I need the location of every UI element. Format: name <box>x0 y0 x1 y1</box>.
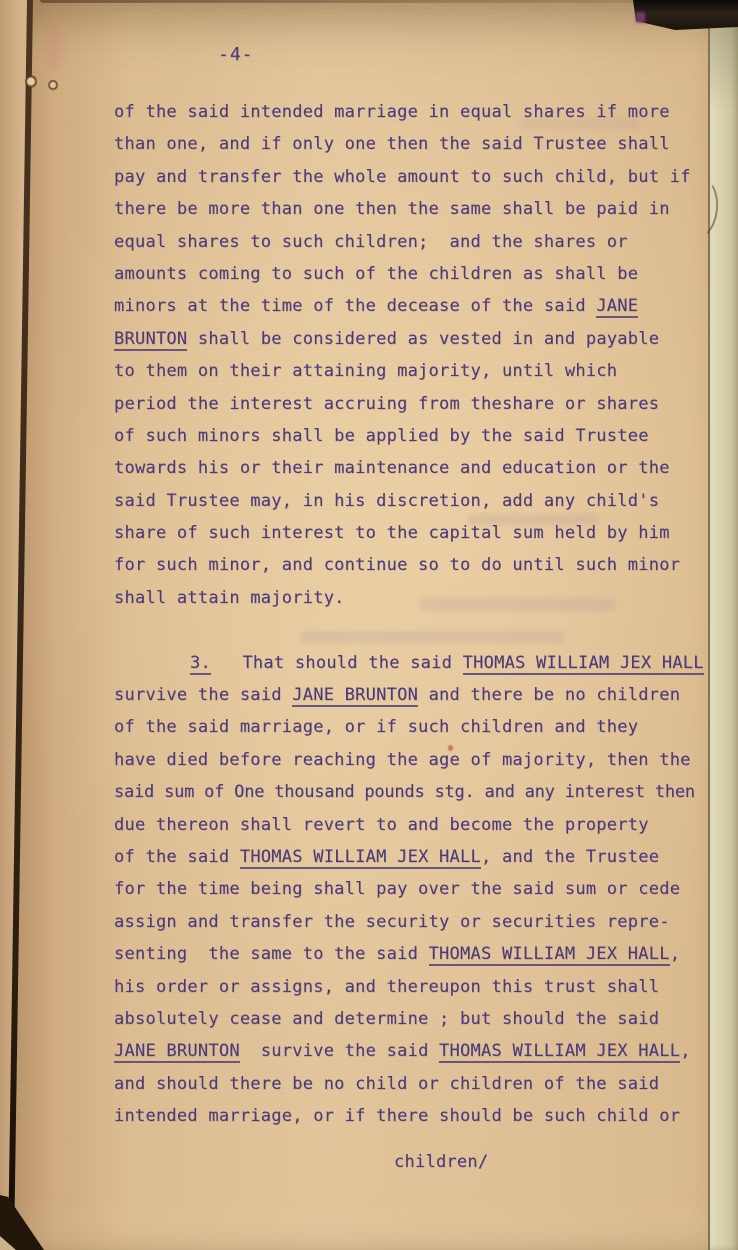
text-line: JANE BRUNTON survive the said THOMAS WIL… <box>114 1035 714 1067</box>
text-line: pay and transfer the whole amount to suc… <box>114 161 714 193</box>
text-line: to them on their attaining majority, unt… <box>114 355 714 387</box>
underlined-text: THOMAS WILLIAM JEX HALL <box>240 847 481 869</box>
page-top-edge <box>40 0 636 3</box>
text-line: for the time being shall pay over the sa… <box>114 873 714 905</box>
text-line: there be more than one then the same sha… <box>114 193 714 225</box>
underlined-text: THOMAS WILLIAM JEX HALL <box>439 1041 680 1063</box>
text-line: towards his or their maintenance and edu… <box>114 452 714 484</box>
text-line: his order or assigns, and thereupon this… <box>114 971 714 1003</box>
text-line: of the said THOMAS WILLIAM JEX HALL, and… <box>114 841 714 873</box>
text-line: period the interest accruing from thesha… <box>114 388 714 420</box>
underlined-text: THOMAS WILLIAM JEX HALL <box>429 944 670 966</box>
text-line: of the said intended marriage in equal s… <box>114 96 714 128</box>
text-spacer <box>114 614 714 646</box>
text-line: than one, and if only one then the said … <box>114 128 714 160</box>
catchword: children/ <box>394 1152 488 1172</box>
text-line: of the said marriage, or if such childre… <box>114 711 714 743</box>
punch-hole <box>25 74 37 89</box>
text-line: amounts coming to such of the children a… <box>114 258 714 290</box>
page-number: -4- <box>218 44 254 65</box>
text-line: absolutely cease and determine ; but sho… <box>114 1003 714 1035</box>
text-line: intended marriage, or if there should be… <box>114 1100 714 1132</box>
text-line: said Trustee may, in his discretion, add… <box>114 485 714 517</box>
text-line: said sum of One thousand pounds stg. and… <box>114 776 714 808</box>
text-line: have died before reaching the age of maj… <box>114 744 714 776</box>
text-line: 3. That should the said THOMAS WILLIAM J… <box>114 647 714 679</box>
underlined-text: JANE BRUNTON <box>114 1041 240 1063</box>
text-block: of the said intended marriage in equal s… <box>114 96 714 1133</box>
text-line: share of such interest to the capital su… <box>114 517 714 549</box>
text-line: equal shares to such children; and the s… <box>114 226 714 258</box>
underlined-text: 3. <box>190 653 211 675</box>
text-line: BRUNTON shall be considered as vested in… <box>114 323 714 355</box>
underlined-text: BRUNTON <box>114 329 187 351</box>
text-line: minors at the time of the decease of the… <box>114 290 714 322</box>
text-line: and should there be no child or children… <box>114 1068 714 1100</box>
text-line: senting the same to the said THOMAS WILL… <box>114 938 714 970</box>
scanned-document-page: -4- of the said intended marriage in equ… <box>0 0 738 1250</box>
underlined-text: JANE BRUNTON <box>292 685 418 707</box>
underlined-text: THOMAS WILLIAM JEX HALL <box>463 653 704 675</box>
underlined-text: JANE <box>596 296 638 318</box>
punch-hole <box>48 79 58 91</box>
text-line: due thereon shall revert to and become t… <box>114 809 714 841</box>
text-line: for such minor, and continue so to do un… <box>114 549 714 581</box>
binding-tape-glint <box>636 12 645 23</box>
text-line: of such minors shall be applied by the s… <box>114 420 714 452</box>
text-line: shall attain majority. <box>114 582 714 614</box>
text-line: assign and transfer the security or secu… <box>114 906 714 938</box>
text-line: survive the said JANE BRUNTON and there … <box>114 679 714 711</box>
